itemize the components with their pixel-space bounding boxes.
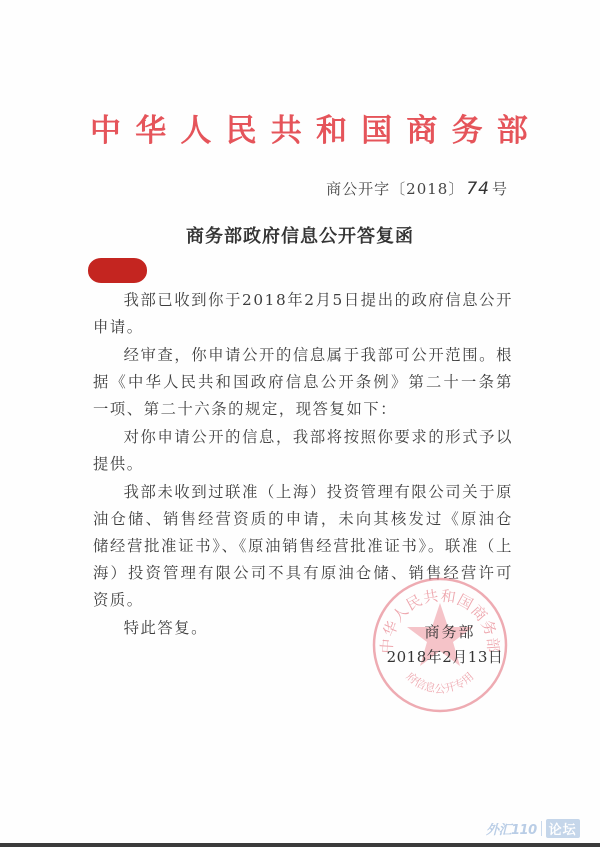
watermark-logo: 外汇110 论坛	[486, 819, 580, 837]
bottom-border	[0, 843, 600, 847]
document-page: 中华人民共和国商务部 商公开字〔2018〕74号 商务部政府信息公开答复函 我部…	[0, 0, 600, 843]
watermark-divider	[541, 821, 542, 836]
signature-date: 2018年2月13日	[385, 644, 505, 670]
document-number-value: 74	[466, 179, 490, 199]
document-subtitle: 商务部政府信息公开答复函	[0, 222, 600, 248]
paragraph-received: 我部已收到你于2018年2月5日提出的政府信息公开申请。	[93, 287, 513, 341]
recipient-redaction	[88, 258, 147, 283]
document-number-suffix: 号	[492, 180, 508, 198]
paragraph-review: 经审查，你申请公开的信息属于我部可公开范围。根据《中华人民共和国政府信息公开条例…	[93, 342, 513, 423]
document-number-prefix: 商公开字〔2018〕	[326, 180, 464, 198]
signature-org: 商务部	[395, 620, 505, 644]
document-number: 商公开字〔2018〕74号	[326, 178, 508, 199]
document-header-title: 中华人民共和国商务部	[90, 109, 510, 153]
watermark-forum: 论坛	[546, 819, 580, 838]
watermark-brand: 外汇110	[486, 819, 537, 838]
paragraph-provide: 对你申请公开的信息，我部将按照你要求的形式予以提供。	[93, 424, 513, 478]
signature-block: 商务部 2018年2月13日	[385, 620, 505, 670]
